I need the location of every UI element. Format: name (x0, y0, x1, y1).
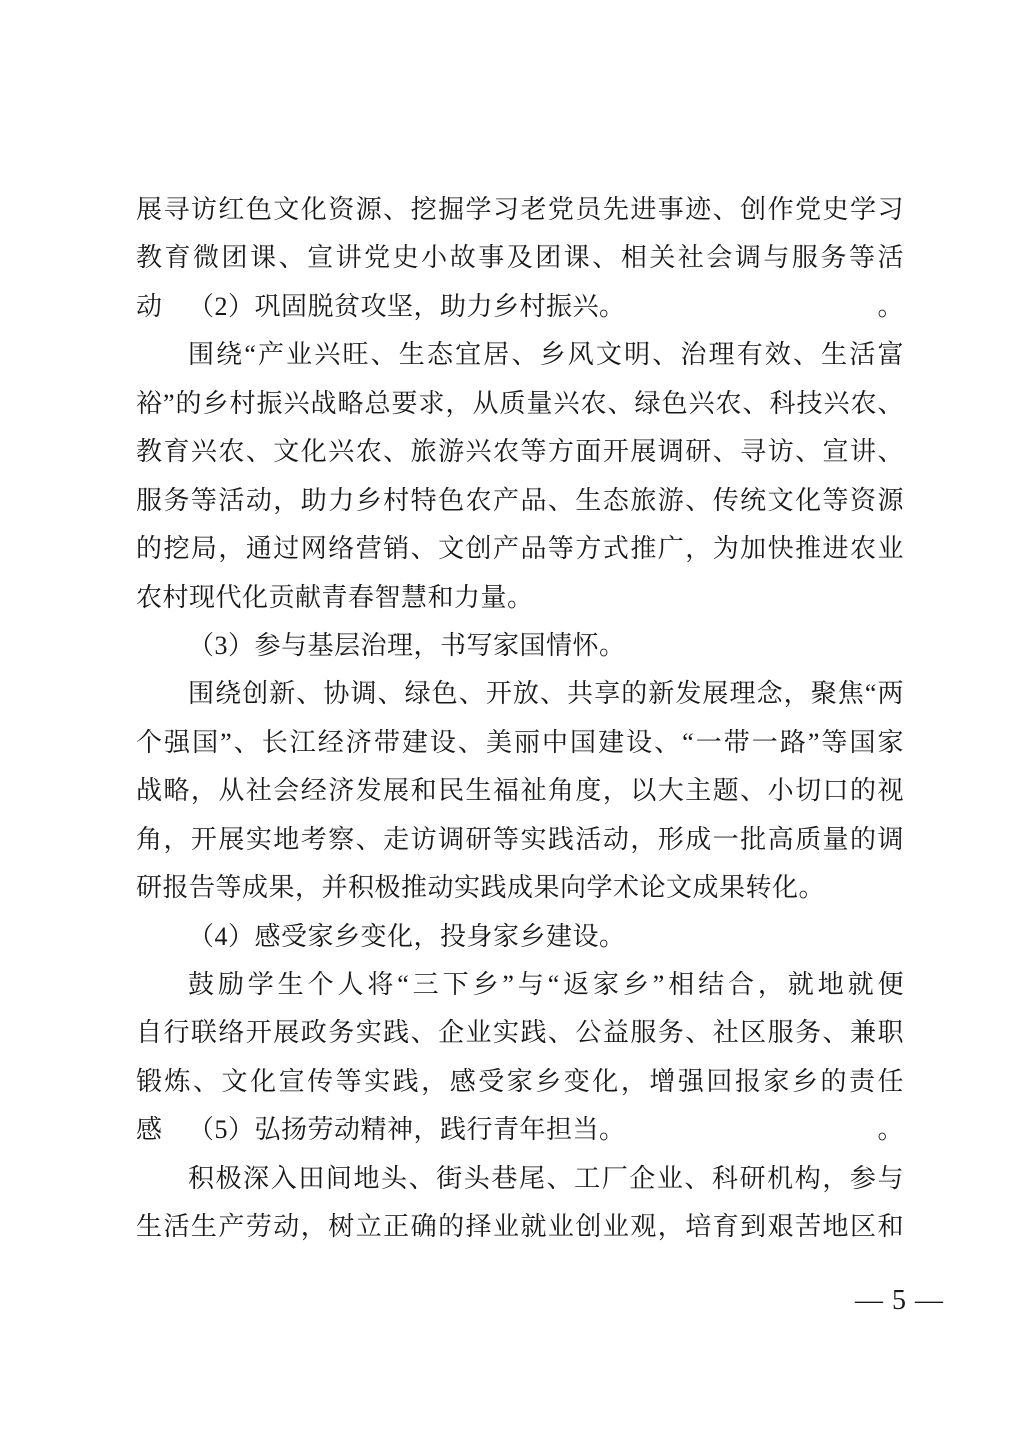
document-page: 展寻访红色文化资源、挖掘学习老党员先进事迹、创作党史学习教育微团课、宣讲党史小故… (0, 0, 1024, 1448)
text-line: 裕”的乡村振兴战略总要求，从质量兴农、绿色兴农、科技兴农、 (136, 380, 904, 428)
text-line: 农村现代化贡献青春智慧和力量。 (136, 574, 904, 622)
text-line: 的挖局，通过网络营销、文创产品等方式推广，为加快推进农业 (136, 525, 904, 573)
text-line: 锻炼、文化宣传等实践，感受家乡变化，增强回报家乡的责任感。 (136, 1058, 904, 1106)
document-body: 展寻访红色文化资源、挖掘学习老党员先进事迹、创作党史学习教育微团课、宣讲党史小故… (136, 186, 904, 1252)
text-line: （4）感受家乡变化，投身家乡建设。 (136, 913, 904, 961)
text-line: 围绕“产业兴旺、生态宜居、乡风文明、治理有效、生活富 (136, 331, 904, 379)
text-line: 服务等活动，助力乡村特色农产品、生态旅游、传统文化等资源 (136, 477, 904, 525)
text-line: 角，开展实地考察、走访调研等实践活动，形成一批高质量的调 (136, 816, 904, 864)
text-line: 鼓励学生个人将“三下乡”与“返家乡”相结合，就地就便 (136, 961, 904, 1009)
text-line: 自行联络开展政务实践、企业实践、公益服务、社区服务、兼职 (136, 1009, 904, 1057)
text-line: 展寻访红色文化资源、挖掘学习老党员先进事迹、创作党史学习 (136, 186, 904, 234)
text-line: 积极深入田间地头、街头巷尾、工厂企业、科研机构，参与 (136, 1155, 904, 1203)
text-line: 个强国”、长江经济带建设、美丽中国建设、“一带一路”等国家 (136, 719, 904, 767)
text-line: 围绕创新、协调、绿色、开放、共享的新发展理念，聚焦“两 (136, 670, 904, 718)
text-line: 生活生产劳动，树立正确的择业就业创业观，培育到艰苦地区和 (136, 1203, 904, 1251)
text-line: （3）参与基层治理，书写家国情怀。 (136, 622, 904, 670)
text-line: 战略，从社会经济发展和民生福祉角度，以大主题、小切口的视 (136, 767, 904, 815)
page-number: — 5 — (855, 1284, 944, 1318)
text-line: 教育兴农、文化兴农、旅游兴农等方面开展调研、寻访、宣讲、 (136, 428, 904, 476)
text-line: 研报告等成果，并积极推动实践成果向学术论文成果转化。 (136, 864, 904, 912)
text-line: 教育微团课、宣讲党史小故事及团课、相关社会调与服务等活动。 (136, 234, 904, 282)
